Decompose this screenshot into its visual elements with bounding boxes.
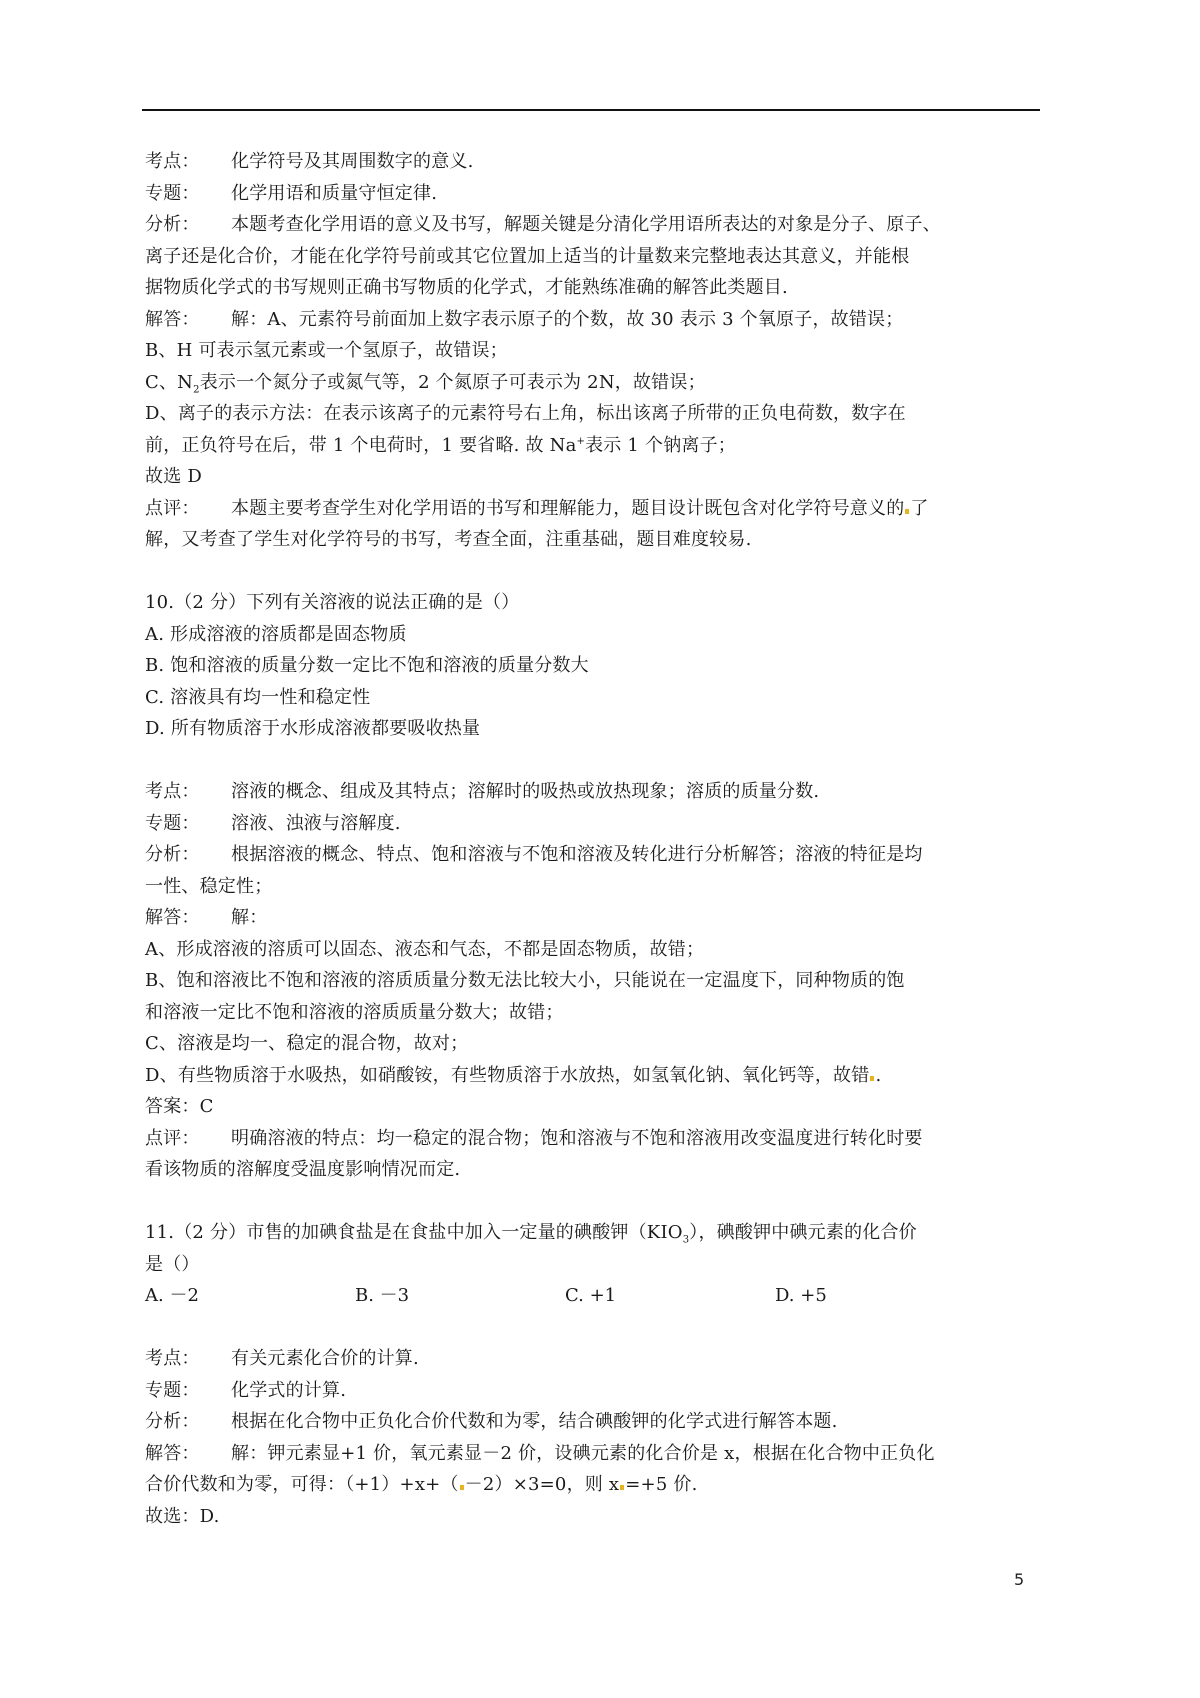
kaodian-text: 有关元素化合价的计算.	[231, 1348, 419, 1369]
dianping-text: 本题主要考查学生对化学用语的书写和理解能力，题目设计既包含对化学符号意义的	[231, 498, 904, 519]
question-10: 10.（2 分）下列有关溶液的说法正确的是（） A. 形成溶液的溶质都是固态物质…	[145, 587, 1040, 745]
zhuanti-label: 专题：	[145, 1375, 231, 1407]
jieda-line: 解答：解：钾元素显+1 价，氧元素显－2 价，设碘元素的化合价是 x，根据在化合…	[145, 1438, 1040, 1470]
jieda-c: C、溶液是均一、稳定的混合物，故对；	[145, 1028, 1040, 1060]
kaodian-label: 考点：	[145, 1343, 231, 1375]
dianping-line: 点评：明确溶液的特点：均一稳定的混合物；饱和溶液与不饱和溶液用改变温度进行转化时…	[145, 1123, 1040, 1155]
spacer	[145, 556, 1040, 588]
fenxi-label: 分析：	[145, 839, 231, 871]
option-d: D. +5	[775, 1280, 985, 1312]
dianping-label: 点评：	[145, 493, 231, 525]
zhuanti-line: 专题：化学用语和质量守恒定律.	[145, 178, 1040, 210]
zhuanti-text: 溶液、浊液与溶解度.	[231, 813, 401, 834]
fenxi-line-2: 一性、稳定性；	[145, 871, 1040, 903]
fenxi-line-3: 据物质化学式的书写规则正确书写物质的化学式，才能熟练准确的解答此类题目.	[145, 272, 1040, 304]
question-stem: 10.（2 分）下列有关溶液的说法正确的是（）	[145, 587, 1040, 619]
jieda-d-end: .	[875, 1065, 881, 1086]
superscript: +	[577, 436, 586, 447]
marker-icon	[905, 509, 909, 514]
q11-explanation: 考点：有关元素化合价的计算. 专题：化学式的计算. 分析：根据在化合物中正负化合…	[145, 1343, 1040, 1532]
jieda-a: A、形成溶液的溶质可以固态、液态和气态，不都是固态物质，故错；	[145, 934, 1040, 966]
question-stem: 11.（2 分）市售的加碘食盐是在食盐中加入一定量的碘酸钾（KIO3），碘酸钾中…	[145, 1217, 1040, 1249]
kaodian-line: 考点：溶液的概念、组成及其特点；溶解时的吸热或放热现象；溶质的质量分数.	[145, 776, 1040, 808]
zhuanti-label: 专题：	[145, 808, 231, 840]
marker-icon	[870, 1076, 874, 1081]
question-11: 11.（2 分）市售的加碘食盐是在食盐中加入一定量的碘酸钾（KIO3），碘酸钾中…	[145, 1217, 1040, 1312]
jieda-l2-b: －2）×3=0，则 x	[465, 1474, 620, 1495]
fenxi-text: 根据溶液的概念、特点、饱和溶液与不饱和溶液及转化进行分析解答；溶液的特征是均	[231, 844, 923, 865]
zhuanti-line: 专题：溶液、浊液与溶解度.	[145, 808, 1040, 840]
guxuan: 故选：D.	[145, 1501, 1040, 1533]
fenxi-text: 本题考查化学用语的意义及书写，解题关键是分清化学用语所表达的对象是分子、原子、	[231, 214, 941, 235]
jieda-l2-a: 合价代数和为零，可得：（+1）+x+（	[145, 1474, 459, 1495]
jieda-label: 解答：	[145, 902, 231, 934]
zhuanti-text: 化学式的计算.	[231, 1380, 346, 1401]
fenxi-text: 根据在化合物中正负化合价代数和为零，结合碘酸钾的化学式进行解答本题.	[231, 1411, 838, 1432]
spacer	[145, 745, 1040, 777]
kaodian-label: 考点：	[145, 776, 231, 808]
options-row: A. －2 B. －3 C. +1 D. +5	[145, 1280, 1040, 1312]
zhuanti-text: 化学用语和质量守恒定律.	[231, 183, 437, 204]
marker-icon	[620, 1485, 624, 1490]
jieda-d-2: 前，正负符号在后，带 1 个电荷时，1 要省略. 故 Na+表示 1 个钠离子；	[145, 430, 1040, 462]
header-rule	[142, 109, 1040, 111]
jieda-d: D、有些物质溶于水吸热，如硝酸铵，有些物质溶于水放热，如氢氧化钠、氧化钙等，故错…	[145, 1060, 1040, 1092]
jieda-text: 解：A、元素符号前面加上数字表示原子的个数，故 30 表示 3 个氧原子，故错误…	[231, 309, 903, 330]
marker-icon	[460, 1485, 464, 1490]
option-c: C. 溶液具有均一性和稳定性	[145, 682, 1040, 714]
jieda-l2-c: =+5 价.	[625, 1474, 697, 1495]
kaodian-line: 考点：有关元素化合价的计算.	[145, 1343, 1040, 1375]
fenxi-line: 分析：本题考查化学用语的意义及书写，解题关键是分清化学用语所表达的对象是分子、原…	[145, 209, 1040, 241]
jieda-d-pre: 前，正负符号在后，带 1 个电荷时，1 要省略. 故 Na	[145, 435, 577, 456]
jieda-c-pre: C、N	[145, 372, 193, 393]
fenxi-line-2: 离子还是化合价，才能在化学符号前或其它位置加上适当的计量数来完整地表达其意义，并…	[145, 241, 1040, 273]
guxuan: 故选 D	[145, 461, 1040, 493]
dianping-text: 明确溶液的特点：均一稳定的混合物；饱和溶液与不饱和溶液用改变温度进行转化时要	[231, 1128, 923, 1149]
option-b: B. －3	[355, 1280, 565, 1312]
q10-explanation: 考点：溶液的概念、组成及其特点；溶解时的吸热或放热现象；溶质的质量分数. 专题：…	[145, 776, 1040, 1186]
question-stem-2: 是（）	[145, 1249, 1040, 1281]
fenxi-label: 分析：	[145, 209, 231, 241]
jieda-d-text: D、有些物质溶于水吸热，如硝酸铵，有些物质溶于水放热，如氢氧化钠、氧化钙等，故错	[145, 1065, 869, 1086]
dianping-line-2: 看该物质的溶解度受温度影响情况而定.	[145, 1154, 1040, 1186]
option-a: A. 形成溶液的溶质都是固态物质	[145, 619, 1040, 651]
jieda-text: 解：钾元素显+1 价，氧元素显－2 价，设碘元素的化合价是 x，根据在化合物中正…	[231, 1443, 935, 1464]
option-a: A. －2	[145, 1280, 355, 1312]
dianping-label: 点评：	[145, 1123, 231, 1155]
kaodian-line: 考点：化学符号及其周围数字的意义.	[145, 146, 1040, 178]
jieda-line-2: 合价代数和为零，可得：（+1）+x+（－2）×3=0，则 x=+5 价.	[145, 1469, 1040, 1501]
zhuanti-line: 专题：化学式的计算.	[145, 1375, 1040, 1407]
jieda-line: 解答：解：A、元素符号前面加上数字表示原子的个数，故 30 表示 3 个氧原子，…	[145, 304, 1040, 336]
jieda-d-post: 表示 1 个钠离子；	[585, 435, 736, 456]
kaodian-text: 化学符号及其周围数字的意义.	[231, 151, 474, 172]
kaodian-text: 溶液的概念、组成及其特点；溶解时的吸热或放热现象；溶质的质量分数.	[231, 781, 819, 802]
option-d: D. 所有物质溶于水形成溶液都要吸收热量	[145, 713, 1040, 745]
spacer	[145, 1312, 1040, 1344]
jieda-line: 解答：解：	[145, 902, 1040, 934]
option-c: C. +1	[565, 1280, 775, 1312]
jieda-b-2: 和溶液一定比不饱和溶液的溶质质量分数大；故错；	[145, 997, 1040, 1029]
page-number: 5	[1014, 1570, 1024, 1589]
fenxi-line: 分析：根据溶液的概念、特点、饱和溶液与不饱和溶液及转化进行分析解答；溶液的特征是…	[145, 839, 1040, 871]
option-b: B. 饱和溶液的质量分数一定比不饱和溶液的质量分数大	[145, 650, 1040, 682]
jieda-b-1: B、饱和溶液比不饱和溶液的溶质质量分数无法比较大小，只能说在一定温度下，同种物质…	[145, 965, 1040, 997]
fenxi-label: 分析：	[145, 1406, 231, 1438]
jieda-label: 解答：	[145, 1438, 231, 1470]
answer: 答案：C	[145, 1091, 1040, 1123]
zhuanti-label: 专题：	[145, 178, 231, 210]
jieda-text: 解：	[231, 907, 267, 928]
kaodian-label: 考点：	[145, 146, 231, 178]
dianping-line: 点评：本题主要考查学生对化学用语的书写和理解能力，题目设计既包含对化学符号意义的…	[145, 493, 1040, 525]
jieda-label: 解答：	[145, 304, 231, 336]
document-body: 考点：化学符号及其周围数字的意义. 专题：化学用语和质量守恒定律. 分析：本题考…	[145, 146, 1040, 1532]
dianping-line-2: 解，又考查了学生对化学符号的书写，考查全面，注重基础，题目难度较易.	[145, 524, 1040, 556]
jieda-c: C、N2表示一个氮分子或氮气等，2 个氮原子可表示为 2N，故错误；	[145, 367, 1040, 399]
spacer	[145, 1186, 1040, 1218]
stem-pre: 11.（2 分）市售的加碘食盐是在食盐中加入一定量的碘酸钾（KIO	[145, 1222, 683, 1243]
jieda-c-post: 表示一个氮分子或氮气等，2 个氮原子可表示为 2N，故错误；	[200, 372, 706, 393]
stem-post: ），碘酸钾中碘元素的化合价	[689, 1222, 917, 1243]
q9-explanation: 考点：化学符号及其周围数字的意义. 专题：化学用语和质量守恒定律. 分析：本题考…	[145, 146, 1040, 556]
jieda-d-1: D、离子的表示方法：在表示该离子的元素符号右上角，标出该离子所带的正负电荷数，数…	[145, 398, 1040, 430]
dianping-text-end: 了	[910, 498, 928, 519]
jieda-b: B、H 可表示氢元素或一个氢原子，故错误；	[145, 335, 1040, 367]
fenxi-line: 分析：根据在化合物中正负化合价代数和为零，结合碘酸钾的化学式进行解答本题.	[145, 1406, 1040, 1438]
